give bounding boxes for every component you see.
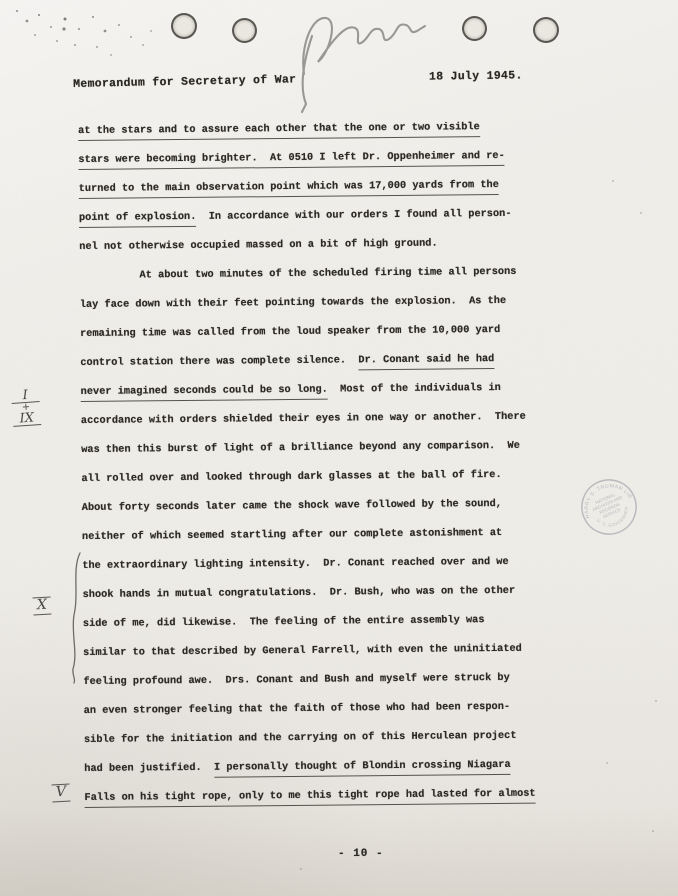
underlined-text-segment: I personally thought of Blondin crossing… <box>214 759 511 777</box>
underlined-text-segment: Falls on his tight rope, only to me this… <box>84 788 535 808</box>
underlined-text-segment: turned to the main observation point whi… <box>79 179 499 199</box>
margin-note-V: V <box>52 784 71 803</box>
text-segment: remaining time was called from the loud … <box>80 324 500 340</box>
text-segment: At about two minutes of the scheduled fi… <box>139 266 516 282</box>
punch-hole <box>533 17 559 43</box>
text-segment: sible for the initiation and the carryin… <box>84 730 517 746</box>
underlined-text-segment: Dr. Conant said he had <box>358 353 494 370</box>
memo-title: Memorandum for Secretary of War <box>73 73 296 91</box>
underlined-text-segment: stars were becoming brighter. At 0510 I … <box>78 150 505 170</box>
dust-speckles <box>0 0 2 2</box>
text-segment: neither of which seemed startling after … <box>82 527 502 543</box>
margin-note-IX: IX <box>12 411 41 427</box>
margin-note-roman-numerals: I + IX <box>11 388 42 427</box>
handwritten-signature-groves <box>276 2 446 120</box>
text-segment: Most of the individuals in <box>328 382 501 396</box>
text-segment: accordance with orders shielded their ey… <box>81 411 526 427</box>
text-segment: control station there was complete silen… <box>80 354 358 369</box>
text-line: Falls on his tight rope, only to me this… <box>84 779 624 813</box>
punch-hole <box>171 13 197 39</box>
text-segment: About forty seconds later came the shock… <box>82 498 502 514</box>
text-segment: all rolled over and looked through dark … <box>81 469 501 485</box>
text-segment: had been justified. <box>84 762 214 775</box>
text-segment: was then this burst of light of a brilli… <box>81 440 520 456</box>
underlined-text-segment: at the stars and to assure each other th… <box>78 121 480 140</box>
document-body: at the stars and to assure each other th… <box>78 112 625 813</box>
punch-hole <box>232 18 257 43</box>
margin-note-X: X <box>33 597 52 616</box>
punch-hole <box>462 16 487 41</box>
underlined-text-segment: point of explosion. <box>79 211 197 228</box>
text-segment: shook hands in mutual congratulations. D… <box>83 585 516 601</box>
text-segment: feeling profound awe. Drs. Conant and Bu… <box>83 672 509 688</box>
underlined-text-segment: never imagined seconds could be so long. <box>81 384 328 402</box>
text-segment: the extraordinary lighting intensity. Dr… <box>82 556 508 572</box>
text-segment: side of me, did likewise. The feeling of… <box>83 614 485 630</box>
text-segment: similar to that described by General Far… <box>83 643 522 659</box>
memo-date: 18 July 1945. <box>429 69 523 83</box>
scanned-memo-page: Memorandum for Secretary of War 18 July … <box>0 0 678 896</box>
margin-bracket <box>68 551 86 685</box>
text-segment: lay face down with their feet pointing t… <box>80 295 506 311</box>
text-segment: an even stronger feeling that the faith … <box>84 701 510 717</box>
text-segment: In accordance with our orders I found al… <box>196 208 511 223</box>
text-segment: nel not otherwise occupied massed on a b… <box>79 238 437 253</box>
page-number: - 10 - <box>338 848 384 860</box>
